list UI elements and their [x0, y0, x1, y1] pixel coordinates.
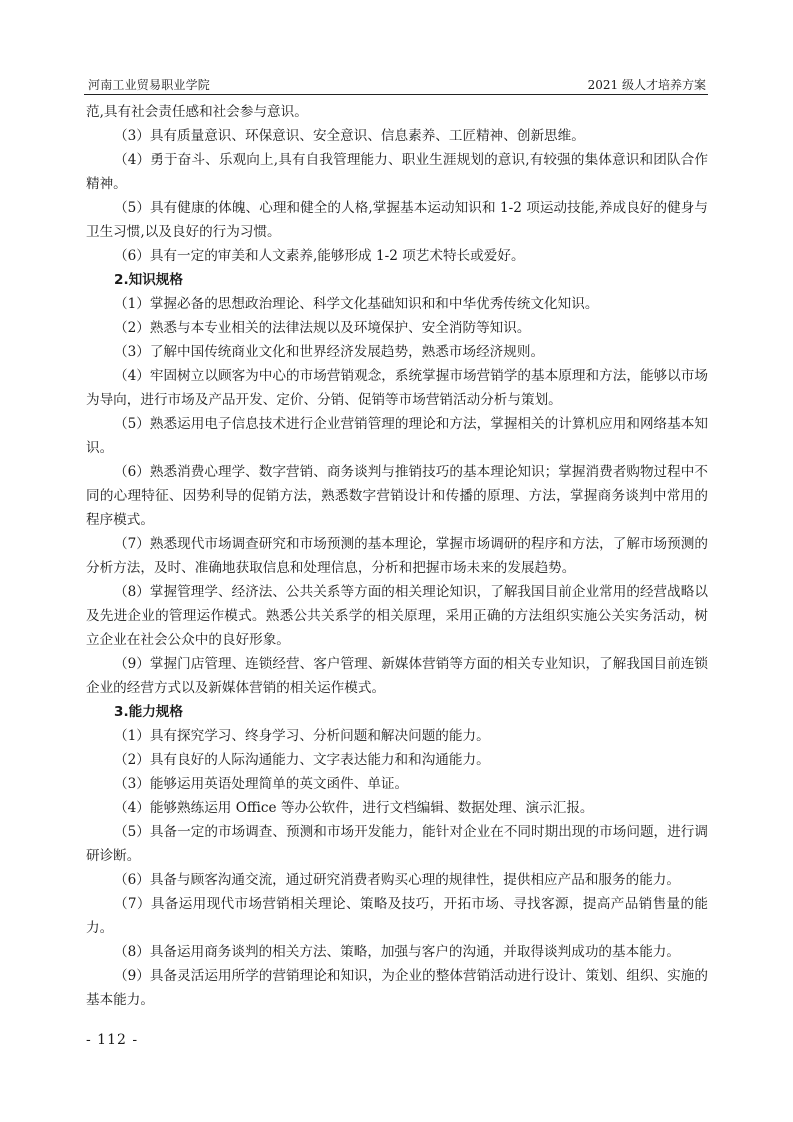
- quality-item: （3）具有质量意识、环保意识、安全意识、信息素养、工匠精神、创新思维。: [86, 124, 708, 148]
- knowledge-item: （1）掌握必备的思想政治理论、科学文化基础知识和和中华优秀传统文化知识。: [86, 292, 708, 316]
- knowledge-item: （2）熟悉与本专业相关的法律法规以及环境保护、安全消防等知识。: [86, 316, 708, 340]
- ability-item: （1）具有探究学习、终身学习、分析问题和解决问题的能力。: [86, 724, 708, 748]
- knowledge-item: （4）牢固树立以顾客为中心的市场营销观念，系统掌握市场营销学的基本原理和方法，能…: [86, 364, 708, 412]
- knowledge-item: （9）掌握门店管理、连锁经营、客户管理、新媒体营销等方面的相关专业知识，了解我国…: [86, 652, 708, 700]
- knowledge-item: （5）熟悉运用电子信息技术进行企业营销管理的理论和方法，掌握相关的计算机应用和网…: [86, 412, 708, 460]
- quality-item: （6）具有一定的审美和人文素养,能够形成 1-2 项艺术特长或爱好。: [86, 244, 708, 268]
- ability-item: （5）具备一定的市场调查、预测和市场开发能力，能针对企业在不同时期出现的市场问题…: [86, 820, 708, 868]
- quality-item: （4）勇于奋斗、乐观向上,具有自我管理能力、职业生涯规划的意识,有较强的集体意识…: [86, 148, 708, 196]
- knowledge-item: （7）熟悉现代市场调查研究和市场预测的基本理论，掌握市场调研的程序和方法，了解市…: [86, 532, 708, 580]
- knowledge-item: （6）熟悉消费心理学、数字营销、商务谈判与推销技巧的基本理论知识；掌握消费者购物…: [86, 460, 708, 532]
- ability-item: （7）具备运用现代市场营销相关理论、策略及技巧，开拓市场、寻找客源，提高产品销售…: [86, 892, 708, 940]
- header-document-title: 2021 级人才培养方案: [588, 76, 706, 93]
- knowledge-item: （8）掌握管理学、经济法、公共关系等方面的相关理论知识，了解我国目前企业常用的经…: [86, 580, 708, 652]
- section-heading-ability: 3.能力规格: [86, 700, 708, 724]
- ability-item: （8）具备运用商务谈判的相关方法、策略，加强与客户的沟通，并取得谈判成功的基本能…: [86, 940, 708, 964]
- ability-item: （6）具备与顾客沟通交流，通过研究消费者购买心理的规律性，提供相应产品和服务的能…: [86, 868, 708, 892]
- ability-item: （3）能够运用英语处理简单的英文函件、单证。: [86, 772, 708, 796]
- page-body: 范,具有社会责任感和社会参与意识。 （3）具有质量意识、环保意识、安全意识、信息…: [86, 100, 708, 1012]
- page-header: 河南工业贸易职业学院 2021 级人才培养方案: [84, 74, 708, 95]
- carryover-paragraph: 范,具有社会责任感和社会参与意识。: [86, 100, 708, 124]
- knowledge-item: （3）了解中国传统商业文化和世界经济发展趋势，熟悉市场经济规则。: [86, 340, 708, 364]
- ability-item: （4）能够熟练运用 Office 等办公软件，进行文档编辑、数据处理、演示汇报。: [86, 796, 708, 820]
- quality-item: （5）具有健康的体魄、心理和健全的人格,掌握基本运动知识和 1-2 项运动技能,…: [86, 196, 708, 244]
- header-institution: 河南工业贸易职业学院: [88, 76, 210, 93]
- ability-item: （9）具备灵活运用所学的营销理论和知识，为企业的整体营销活动进行设计、策划、组织…: [86, 964, 708, 1012]
- section-heading-knowledge: 2.知识规格: [86, 268, 708, 292]
- page-number: - 112 -: [86, 1032, 138, 1048]
- ability-item: （2）具有良好的人际沟通能力、文字表达能力和和沟通能力。: [86, 748, 708, 772]
